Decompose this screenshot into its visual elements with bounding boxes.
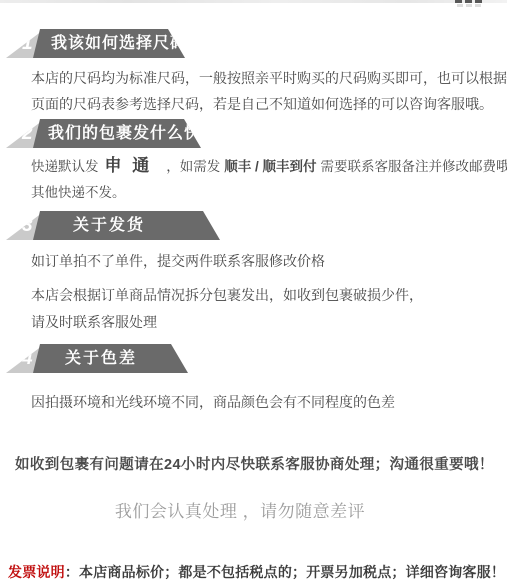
section-body-shipping-p1: 如订单拍不了单件，提交两件联系客服修改价格 <box>31 248 325 274</box>
section-number: 1 <box>22 33 33 55</box>
section-header-color: 4 关于色差 <box>6 344 286 373</box>
courier-prefix: 快递默认发 <box>31 159 99 174</box>
section-number: 4 <box>22 348 33 370</box>
body-line: 本店会根据订单商品情况拆分包裹发出，如收到包裹破损少件， <box>31 282 423 309</box>
urgent-contact-notice: 如收到包裹有问题请在24小时内尽快联系客服协商处理；沟通很重要哦！ <box>15 453 494 474</box>
section-number: 3 <box>22 215 33 237</box>
invoice-notice-colon: ： <box>65 564 79 580</box>
section-title: 关于发货 <box>73 217 145 234</box>
body-line: 如订单拍不了单件，提交两件联系客服修改价格 <box>31 248 325 274</box>
section-title-banner: 我们的包裹发什么快递? <box>33 119 201 148</box>
section-title-banner: 关于色差 <box>33 344 188 373</box>
section-title-banner: 关于发货 <box>33 211 220 240</box>
body-line: 因拍摄环境和光线环境不同，商品颜色会有不同程度的色差 <box>31 389 395 415</box>
body-line: 快递默认发申 通，如需发顺丰 / 顺丰到付需要联系客服备注并修改邮费哦， <box>31 153 507 180</box>
section-body-size: 本店的尺码均为标准尺码，一般按照亲平时购买的尺码购买即可，也可以根据 页面的尺码… <box>31 65 507 117</box>
courier-alt-name: 顺丰 / 顺丰到付 <box>224 159 316 174</box>
section-title: 我该如何选择尺码? <box>51 35 198 52</box>
assurance-text: 我们会认真处理 ，请勿随意差评 <box>0 497 480 522</box>
section-title-banner: 我该如何选择尺码? <box>33 29 185 58</box>
courier-suffix: 需要联系客服备注并修改邮费哦， <box>321 159 507 174</box>
crop-mark <box>475 0 482 3</box>
body-line: 请及时联系客服处理 <box>31 309 423 336</box>
crop-mark-faint <box>466 4 472 7</box>
store-faq-notice-panel: 1 我该如何选择尺码? 本店的尺码均为标准尺码，一般按照亲平时购买的尺码购买即可… <box>0 0 507 588</box>
invoice-notice: 发票说明：本店商品标价；都是不包括税点的；开票另加税点；详细咨询客服！ <box>8 562 505 582</box>
section-header-courier: 2 我们的包裹发什么快递? <box>6 119 286 148</box>
cropped-image-top-edge <box>0 0 507 3</box>
body-line: 本店的尺码均为标准尺码，一般按照亲平时购买的尺码购买即可，也可以根据 <box>31 65 507 91</box>
section-number: 2 <box>22 123 33 145</box>
section-header-size: 1 我该如何选择尺码? <box>6 29 286 58</box>
invoice-notice-label: 发票说明 <box>8 564 65 580</box>
section-title: 关于色差 <box>65 350 137 367</box>
crop-mark-faint <box>457 4 463 7</box>
section-body-shipping-p2: 本店会根据订单商品情况拆分包裹发出，如收到包裹破损少件， 请及时联系客服处理 <box>31 282 423 336</box>
section-header-shipping: 3 关于发货 <box>6 211 286 240</box>
invoice-notice-text: 本店商品标价；都是不包括税点的；开票另加税点；详细咨询客服！ <box>79 564 505 580</box>
section-body-color: 因拍摄环境和光线环境不同，商品颜色会有不同程度的色差 <box>31 389 395 415</box>
courier-mid: ，如需发 <box>166 159 220 174</box>
section-body-courier: 快递默认发申 通，如需发顺丰 / 顺丰到付需要联系客服备注并修改邮费哦， 其他快… <box>31 153 507 206</box>
body-line: 页面的尺码表参考选择尺码，若是自己不知道如何选择的可以咨询客服哦。 <box>31 91 507 117</box>
crop-mark-faint <box>475 4 481 7</box>
body-line: 其他快递不发。 <box>31 180 507 206</box>
courier-primary-name: 申 通 <box>105 156 153 175</box>
section-title: 我们的包裹发什么快递? <box>48 125 229 142</box>
crop-mark <box>465 0 472 3</box>
crop-mark <box>455 0 462 3</box>
